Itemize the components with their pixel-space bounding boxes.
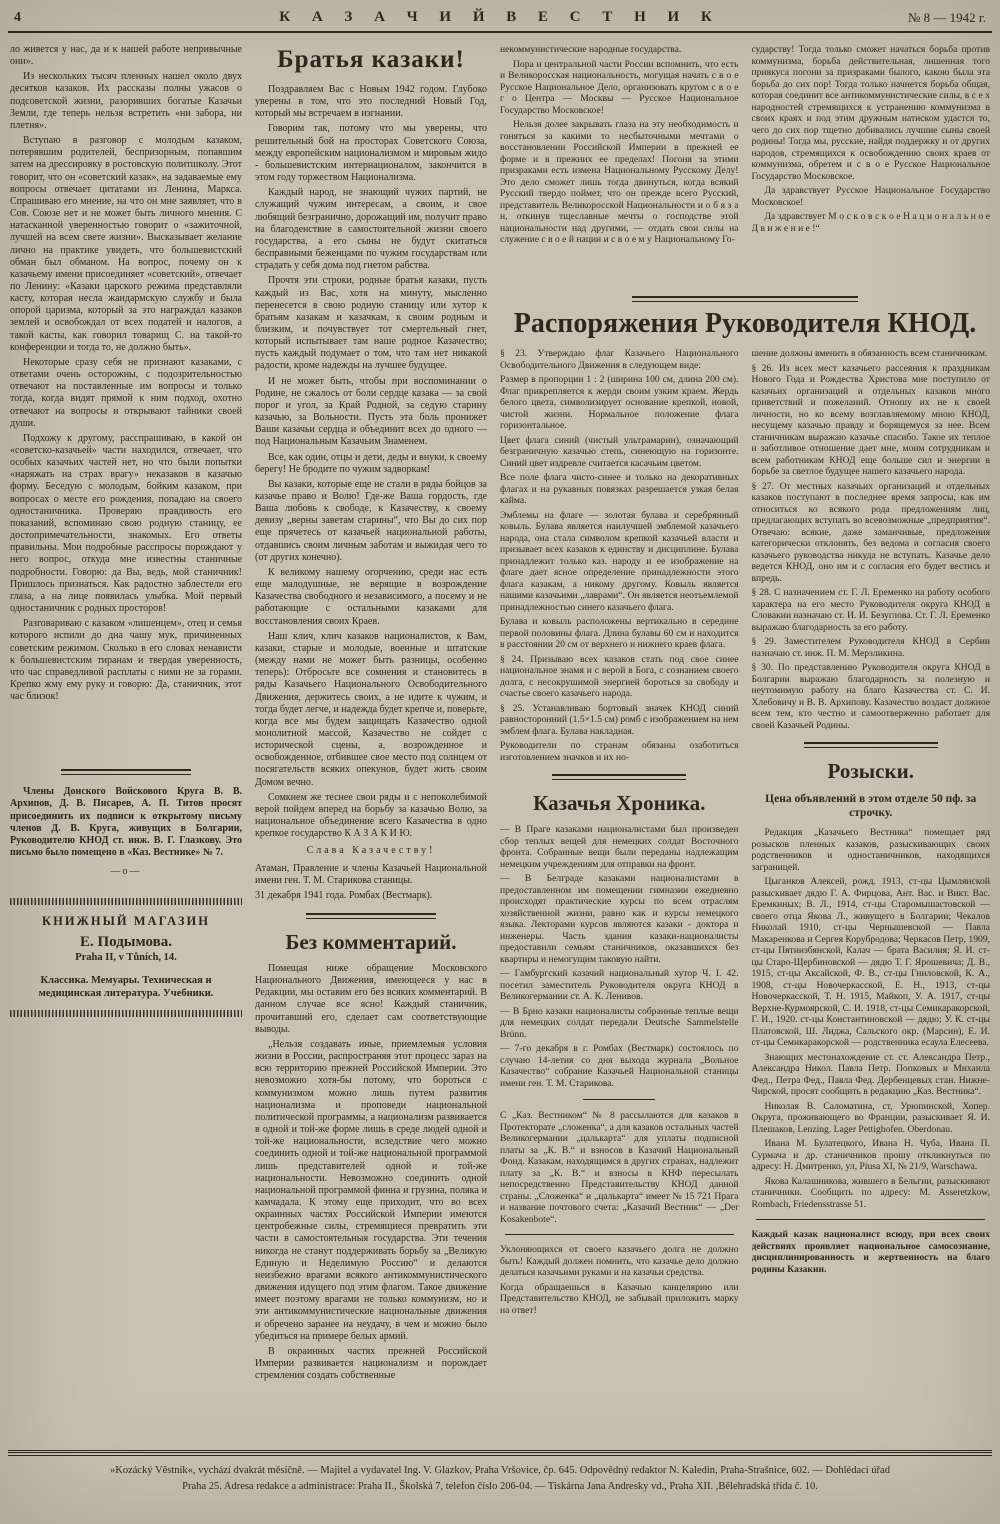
paragraph: Нельзя долее закрывать глаза на эту необ… bbox=[500, 119, 739, 246]
decree-paragraph: § 29. Заместителем Руководителя КНОД в С… bbox=[752, 636, 991, 659]
notice-paragraph: Уклоняющихся от своего казачьего долга н… bbox=[500, 1244, 739, 1279]
decree-paragraph: § 24. Призываю всех казаков стать под св… bbox=[500, 654, 739, 700]
rule-divider bbox=[505, 1234, 734, 1235]
decree-paragraph: Руководители по странам обязаны озаботит… bbox=[500, 740, 739, 763]
dateline: 31 декабря 1941 года. Ромбах (Вестмарк). bbox=[255, 890, 487, 902]
notice-paragraph: С „Каз. Вестником“ № 8 рассылаются для к… bbox=[500, 1110, 739, 1225]
paragraph: ло живется у нас, да и к нашей работе не… bbox=[10, 44, 242, 68]
section-divider bbox=[804, 742, 938, 748]
paragraph: К великому нашему огорчению, среди нас е… bbox=[255, 567, 487, 628]
paragraph: Каждый народ, не знающий чужих партий, н… bbox=[255, 187, 487, 272]
decree-paragraph: Размер в пропорции 1 : 2 (ширина 100 см,… bbox=[500, 374, 739, 432]
paragraph: „Нельзя создавать иные, приемлемыя услов… bbox=[255, 1039, 487, 1343]
column-2: Братья казаки!Поздравляем Вас с Новым 19… bbox=[255, 44, 487, 1446]
notice-paragraph: Члены Донского Войскового Круга В. В. Ар… bbox=[10, 786, 242, 859]
section-divider bbox=[61, 769, 191, 775]
section-divider bbox=[306, 913, 436, 919]
paragraph: Сомкнем же теснее свои ряды и с непоколе… bbox=[255, 792, 487, 841]
ad-border-bottom bbox=[10, 1010, 242, 1017]
news-item: — В Брно казаки националисты собранные т… bbox=[500, 1006, 739, 1041]
article-headline: Розыски. bbox=[752, 759, 991, 784]
paragraph: Некоторые сразу себя не признают казакам… bbox=[10, 357, 242, 430]
paragraph: В окраинных частях прежней Российской Им… bbox=[255, 1346, 487, 1382]
paragraph: некоммунистические народные государства. bbox=[500, 44, 739, 56]
article-headline: Братья казаки! bbox=[255, 46, 487, 74]
header-rule bbox=[8, 31, 992, 33]
paragraph: Да здравствует Русское Национальное Госу… bbox=[752, 185, 991, 208]
knod-headline: Распоряжения Руководителя КНОД. bbox=[500, 308, 990, 340]
right-top-row: некоммунистические народные государства.… bbox=[500, 44, 990, 294]
decree-paragraph: шение должны вменить в обязанность всем … bbox=[752, 348, 991, 360]
page-header: 4 К А З А Ч И Й В Е С Т Н И К № 8 — 1942… bbox=[0, 0, 1000, 34]
section-divider bbox=[552, 774, 686, 780]
right-bottom-row: § 23. Утверждаю флаг Казачьего Националь… bbox=[500, 348, 990, 1446]
article-headline: Казачья Хроника. bbox=[500, 791, 739, 816]
column-3-bottom: § 23. Утверждаю флаг Казачьего Националь… bbox=[500, 348, 739, 1446]
page-footer: »Kozácký Věstník«, vychází dvakrát měsíč… bbox=[0, 1450, 1000, 1524]
column-3-top: некоммунистические народные государства.… bbox=[500, 44, 739, 294]
column-1: ло живется у нас, да и к нашей работе не… bbox=[10, 44, 242, 1446]
news-item: — 7-го декабря в г. Ромбах (Вестмарк) со… bbox=[500, 1043, 739, 1089]
imprint-line: »Kozácký Věstník«, vychází dvakrát měsíč… bbox=[30, 1464, 970, 1478]
paragraph: Наш клич, клич казаков националистов, к … bbox=[255, 631, 487, 789]
news-item: — В Праге казаками националистами был пр… bbox=[500, 824, 739, 870]
decree-paragraph: § 27. От местных казачьих организаций и … bbox=[752, 481, 991, 585]
paragraph: Поздравляем Вас с Новым 1942 годом. Глуб… bbox=[255, 84, 487, 120]
paragraph: Прочтя эти строки, родные братья казаки,… bbox=[255, 275, 487, 372]
ornament-separator: —о— bbox=[10, 866, 242, 878]
decree-paragraph: § 26. Из всех мест казачьего рассеяния к… bbox=[752, 363, 991, 478]
paragraph: Разговариваю с казаком «лишенцем», отец … bbox=[10, 618, 242, 703]
article-headline: Без комментарий. bbox=[255, 930, 487, 955]
search-ad: Якова Калашникова, жившего в Бельгии, ра… bbox=[752, 1176, 991, 1211]
signature: Атаман, Правление и члены Казачьей Нацио… bbox=[255, 863, 487, 887]
masthead-title: К А З А Ч И Й В Е С Т Н И К bbox=[0, 9, 1000, 26]
rule-divider bbox=[756, 1219, 985, 1220]
newspaper-page: 4 К А З А Ч И Й В Е С Т Н И К № 8 — 1942… bbox=[0, 0, 1000, 1524]
ad-line: Praha II, v Tůních, 14. bbox=[10, 952, 242, 964]
knod-divider bbox=[632, 296, 857, 302]
paragraph: Говорим так, потому что мы уверены, что … bbox=[255, 123, 487, 184]
paragraph: И не может быть, чтобы при воспоминании … bbox=[255, 376, 487, 449]
paragraph: Редакция „Казачьего Вестника“ помещает р… bbox=[752, 827, 991, 873]
decree-paragraph: § 23. Утверждаю флаг Казачьего Националь… bbox=[500, 348, 739, 371]
slogan: Слава Казачеству! bbox=[255, 845, 487, 857]
ad-line: КНИЖНЫЙ МАГАЗИН bbox=[10, 915, 242, 927]
decree-paragraph: Все поле флага чисто-синее и только на д… bbox=[500, 472, 739, 507]
paragraph: Да здравствует М о с к о в с к о е Н а ц… bbox=[752, 211, 991, 234]
paragraph: Подхожу к другому, расспрашиваю, в какой… bbox=[10, 433, 242, 615]
decree-paragraph: § 25. Устанавливаю бортовый значек КНОД … bbox=[500, 703, 739, 738]
ad-line: Классика. Мемуары. Техническая и медицин… bbox=[10, 974, 242, 1000]
motto-paragraph: Каждый казак националист всюду, при всех… bbox=[752, 1229, 991, 1275]
item-divider bbox=[583, 1099, 655, 1100]
paragraph: Все, как один, отцы и дети, деды и внуки… bbox=[255, 452, 487, 476]
decree-paragraph: Булава и ковыль расположены вертикально … bbox=[500, 616, 739, 651]
news-item: — В Белграде казаками националистами в п… bbox=[500, 873, 739, 965]
footer-rule bbox=[8, 1450, 992, 1456]
issue-number: № 8 — 1942 г. bbox=[908, 10, 986, 26]
imprint-line: Praha 25. Adresa redakce a administrace:… bbox=[30, 1480, 970, 1494]
decree-paragraph: Цвет флага синий (чистый ультрамарин), о… bbox=[500, 435, 739, 470]
column-4-bottom: шение должны вменить в обязанность всем … bbox=[752, 348, 991, 1446]
decree-paragraph: Эмблемы на флаге — золотая булава и сере… bbox=[500, 510, 739, 614]
paragraph: Помещая ниже обращение Московского Нацио… bbox=[255, 963, 487, 1036]
right-section: некоммунистические народные государства.… bbox=[500, 44, 990, 1446]
decree-paragraph: § 28. С назначением ст. Г. Л. Еременко н… bbox=[752, 587, 991, 633]
news-item: — Гамбургский казачий национальный хутор… bbox=[500, 968, 739, 1003]
paragraph: Вы казаки, которые еще не стали в ряды б… bbox=[255, 479, 487, 564]
spacer bbox=[10, 706, 242, 758]
paragraph: Из нескольких тысяч пленных нашел около … bbox=[10, 71, 242, 132]
ad-line: Е. Подымова. bbox=[10, 936, 242, 948]
column-4-top: сударству! Тогда только сможет начаться … bbox=[752, 44, 991, 294]
price-note: Цена объявлений в этом отделе 50 пф. за … bbox=[752, 792, 991, 820]
paragraph: Вступаю в разговор с молодым казаком, по… bbox=[10, 135, 242, 354]
decree-paragraph: § 30. По представлению Руководителя окру… bbox=[752, 662, 991, 731]
search-ad: Ивана М. Булатецкого, Ивана Н. Чуба, Ива… bbox=[752, 1138, 991, 1173]
ad-border-top bbox=[10, 898, 242, 905]
search-ad: Цыганков Алексей, рожд. 1913, ст-цы Цымл… bbox=[752, 876, 991, 1049]
page-content: ло живется у нас, да и к нашей работе не… bbox=[0, 36, 1000, 1446]
notice-paragraph: Когда обращаешься в Казачью канцелярию и… bbox=[500, 1282, 739, 1317]
ad-box: КНИЖНЫЙ МАГАЗИНЕ. Подымова.Praha II, v T… bbox=[10, 898, 242, 1016]
search-ad: Николая В. Саломатина, ст, Урюпинской, Х… bbox=[752, 1101, 991, 1136]
paragraph: Пора и центральной части России вспомнит… bbox=[500, 59, 739, 117]
paragraph: сударству! Тогда только сможет начаться … bbox=[752, 44, 991, 182]
search-ad: Знающих местонахождение ст. ст. Александ… bbox=[752, 1052, 991, 1098]
